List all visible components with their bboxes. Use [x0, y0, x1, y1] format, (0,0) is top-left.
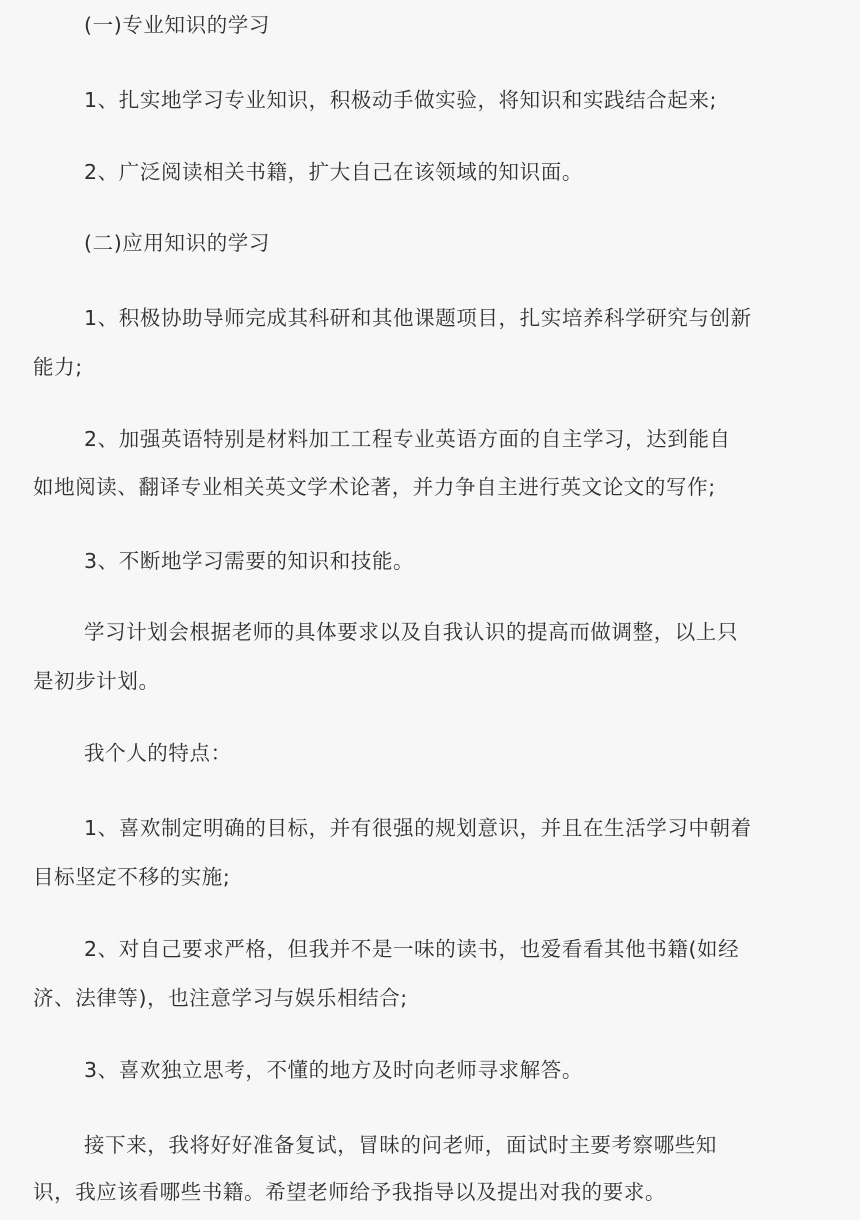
- paragraph-line: 识，我应该看哪些书籍。希望老师给予我指导以及提出对我的要求。: [33, 1180, 666, 1204]
- list-item-line: 目标坚定不移的实施;: [33, 865, 230, 889]
- list-item: 3、不断地学习需要的知识和技能。: [84, 549, 414, 573]
- list-item-line: 如地阅读、翻译专业相关英文学术论著，并力争自主进行英文论文的写作;: [33, 475, 716, 499]
- paragraph-line: 接下来，我将好好准备复试，冒昧的问老师，面试时主要考察哪些知: [84, 1133, 717, 1157]
- list-item-line: 1、喜欢制定明确的目标，并有很强的规划意识，并且在生活学习中朝着: [84, 816, 752, 840]
- list-item: 2、广泛阅读相关书籍，扩大自己在该领域的知识面。: [84, 160, 583, 184]
- section-heading-applied-knowledge: (二)应用知识的学习: [84, 231, 270, 255]
- list-item-line: 能力;: [33, 355, 83, 379]
- paragraph-line: 学习计划会根据老师的具体要求以及自我认识的提高而做调整，以上只: [84, 620, 738, 644]
- section-heading-professional-knowledge: (一)专业知识的学习: [84, 13, 270, 37]
- list-item: 3、喜欢独立思考，不懂的地方及时向老师寻求解答。: [84, 1058, 583, 1082]
- list-item: 1、扎实地学习专业知识，积极动手做实验，将知识和实践结合起来;: [84, 88, 717, 112]
- list-item-line: 济、法律等)，也注意学习与娱乐相结合;: [33, 986, 408, 1010]
- paragraph-line: 是初步计划。: [33, 669, 160, 693]
- list-item-line: 2、对自己要求严格，但我并不是一味的读书，也爱看看其他书籍(如经: [84, 937, 739, 961]
- list-item-line: 2、加强英语特别是材料加工工程专业英语方面的自主学习，达到能自: [84, 427, 731, 451]
- document-page: (一)专业知识的学习 1、扎实地学习专业知识，积极动手做实验，将知识和实践结合起…: [0, 0, 860, 1220]
- list-item-line: 1、积极协助导师完成其科研和其他课题项目，扎实培养科学研究与创新: [84, 306, 752, 330]
- section-heading-personal-traits: 我个人的特点：: [84, 741, 232, 765]
